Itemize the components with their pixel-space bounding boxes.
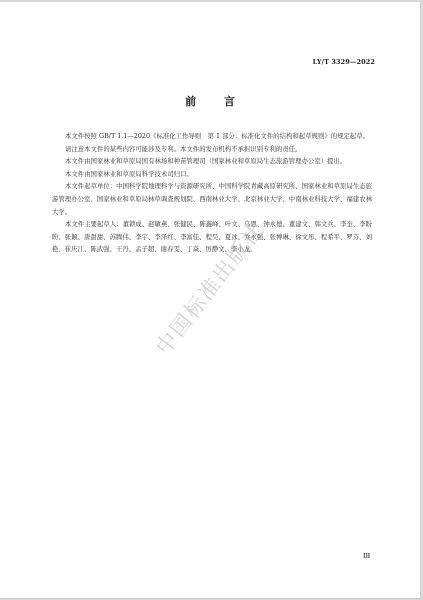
paragraph-proposer: 本文件由国家林业和草原局国有林场和种苗管理司（国家林业和草原局生态旅游管理办公室… <box>52 155 372 168</box>
paragraph-patent-notice: 请注意本文件的某些内容可能涉及专利。本文件的发布机构不承担识别专利的责任。 <box>52 143 372 156</box>
page-number: Ⅲ <box>363 553 370 560</box>
page-title: 前 言 <box>0 93 420 109</box>
paragraph-drafting-units: 本文件起草单位：中国科学院地理科学与资源研究所、中国科学院青藏高原研究所、国家林… <box>52 180 372 218</box>
foreword-body: 本文件按照 GB/T 1.1—2020《标准化工作导则 第 1 部分：标准化文件… <box>52 130 372 256</box>
paragraph-administrator: 本文件由国家林业和草原局科学技术司归口。 <box>52 168 372 181</box>
paragraph-drafters: 本文件主要起草人：董锁成、赵敏燕、张健民、陈鑫峰、叶文、乌恩、钟永德、董建文、韩… <box>52 218 372 256</box>
document-page: LY/T 3329—2022 前 言 本文件按照 GB/T 1.1—2020《标… <box>0 2 421 599</box>
paragraph-drafting-rules: 本文件按照 GB/T 1.1—2020《标准化工作导则 第 1 部分：标准化文件… <box>52 130 372 143</box>
standard-code: LY/T 3329—2022 <box>313 58 375 66</box>
